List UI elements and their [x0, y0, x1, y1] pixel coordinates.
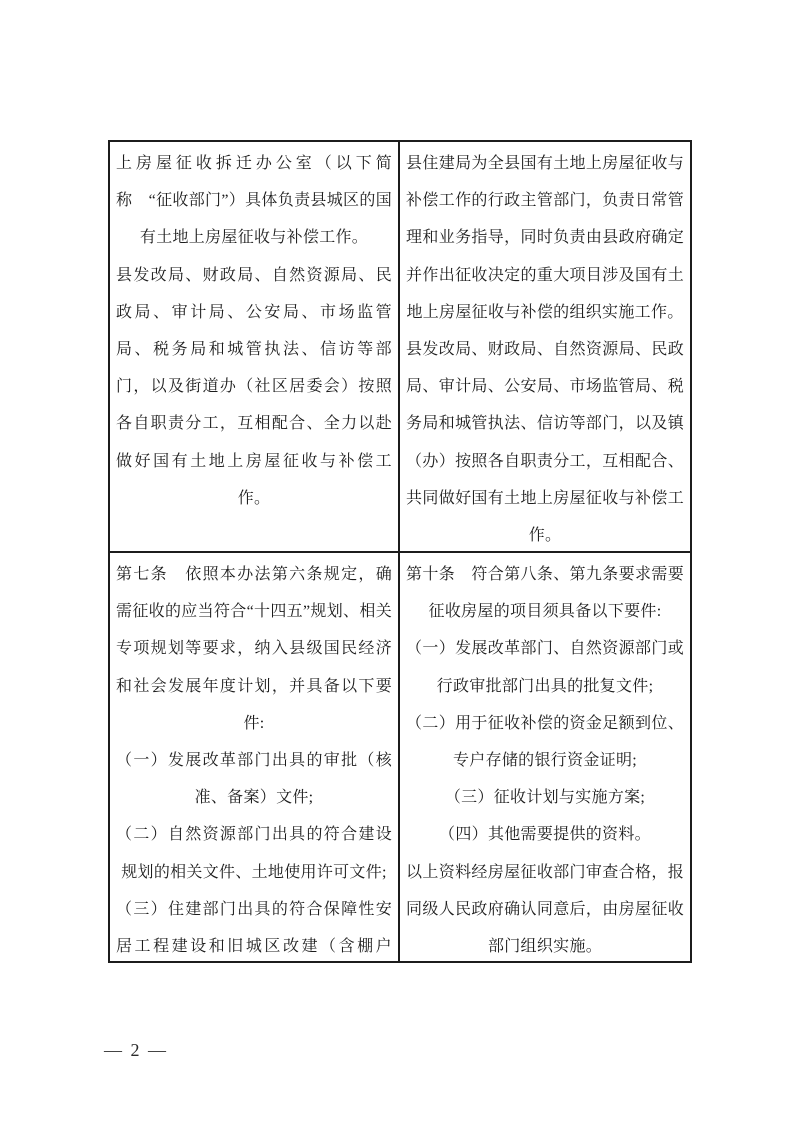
table-row: 第七条 依照本办法第六条规定，确需征收的应当符合“十四五”规划、相关专项规划等要… — [110, 553, 690, 962]
paragraph: 县发改局、财政局、自然资源局、民政局、审计局、公安局、市场监管局、税务局和城管执… — [406, 331, 684, 551]
paragraph: 县住建局为全县国有土地上房屋征收与补偿工作的行政主管部门，负责日常管理和业务指导… — [406, 145, 684, 331]
table-row: 上房屋征收拆迁办公室（以下简称 “征收部门”）具体负责县城区的国有土地上房屋征收… — [110, 142, 690, 553]
regulation-comparison-table: 上房屋征收拆迁办公室（以下简称 “征收部门”）具体负责县城区的国有土地上房屋征收… — [108, 140, 692, 963]
paragraph: （三）住建部门出具的符合保障性安居工程建设和旧城区改建（含棚户区、城中村改造）的… — [116, 891, 392, 962]
paragraph: （一）发展改革部门出具的审批（核准、备案）文件; — [116, 742, 392, 816]
table-cell-duties-left: 上房屋征收拆迁办公室（以下简称 “征收部门”）具体负责县城区的国有土地上房屋征收… — [110, 142, 400, 551]
paragraph: 县发改局、财政局、自然资源局、民政局、审计局、公安局、市场监管局、税务局和城管执… — [116, 257, 392, 517]
table-cell-article7-left: 第七条 依照本办法第六条规定，确需征收的应当符合“十四五”规划、相关专项规划等要… — [110, 553, 400, 962]
paragraph: 上房屋征收拆迁办公室（以下简称 “征收部门”）具体负责县城区的国有土地上房屋征收… — [116, 145, 392, 257]
page-number: — 2 — — [104, 1040, 168, 1061]
paragraph: （四）其他需要提供的资料。 — [406, 816, 684, 853]
paragraph: （二）用于征收补偿的资金足额到位、专户存储的银行资金证明; — [406, 705, 684, 779]
paragraph: （三）征收计划与实施方案; — [406, 779, 684, 816]
paragraph: 第十条 符合第八条、第九条要求需要征收房屋的项目须具备以下要件: — [406, 556, 684, 630]
paragraph: 以上资料经房屋征收部门审查合格，报同级人民政府确认同意后，由房屋征收部门组织实施… — [406, 854, 684, 962]
paragraph: 第七条 依照本办法第六条规定，确需征收的应当符合“十四五”规划、相关专项规划等要… — [116, 556, 392, 742]
table-cell-article10-right: 第十条 符合第八条、第九条要求需要征收房屋的项目须具备以下要件:（一）发展改革部… — [400, 553, 690, 962]
table-cell-duties-right: 县住建局为全县国有土地上房屋征收与补偿工作的行政主管部门，负责日常管理和业务指导… — [400, 142, 690, 551]
paragraph: （二）自然资源部门出具的符合建设规划的相关文件、土地使用许可文件; — [116, 816, 392, 890]
paragraph: （一）发展改革部门、自然资源部门或行政审批部门出具的批复文件; — [406, 630, 684, 704]
